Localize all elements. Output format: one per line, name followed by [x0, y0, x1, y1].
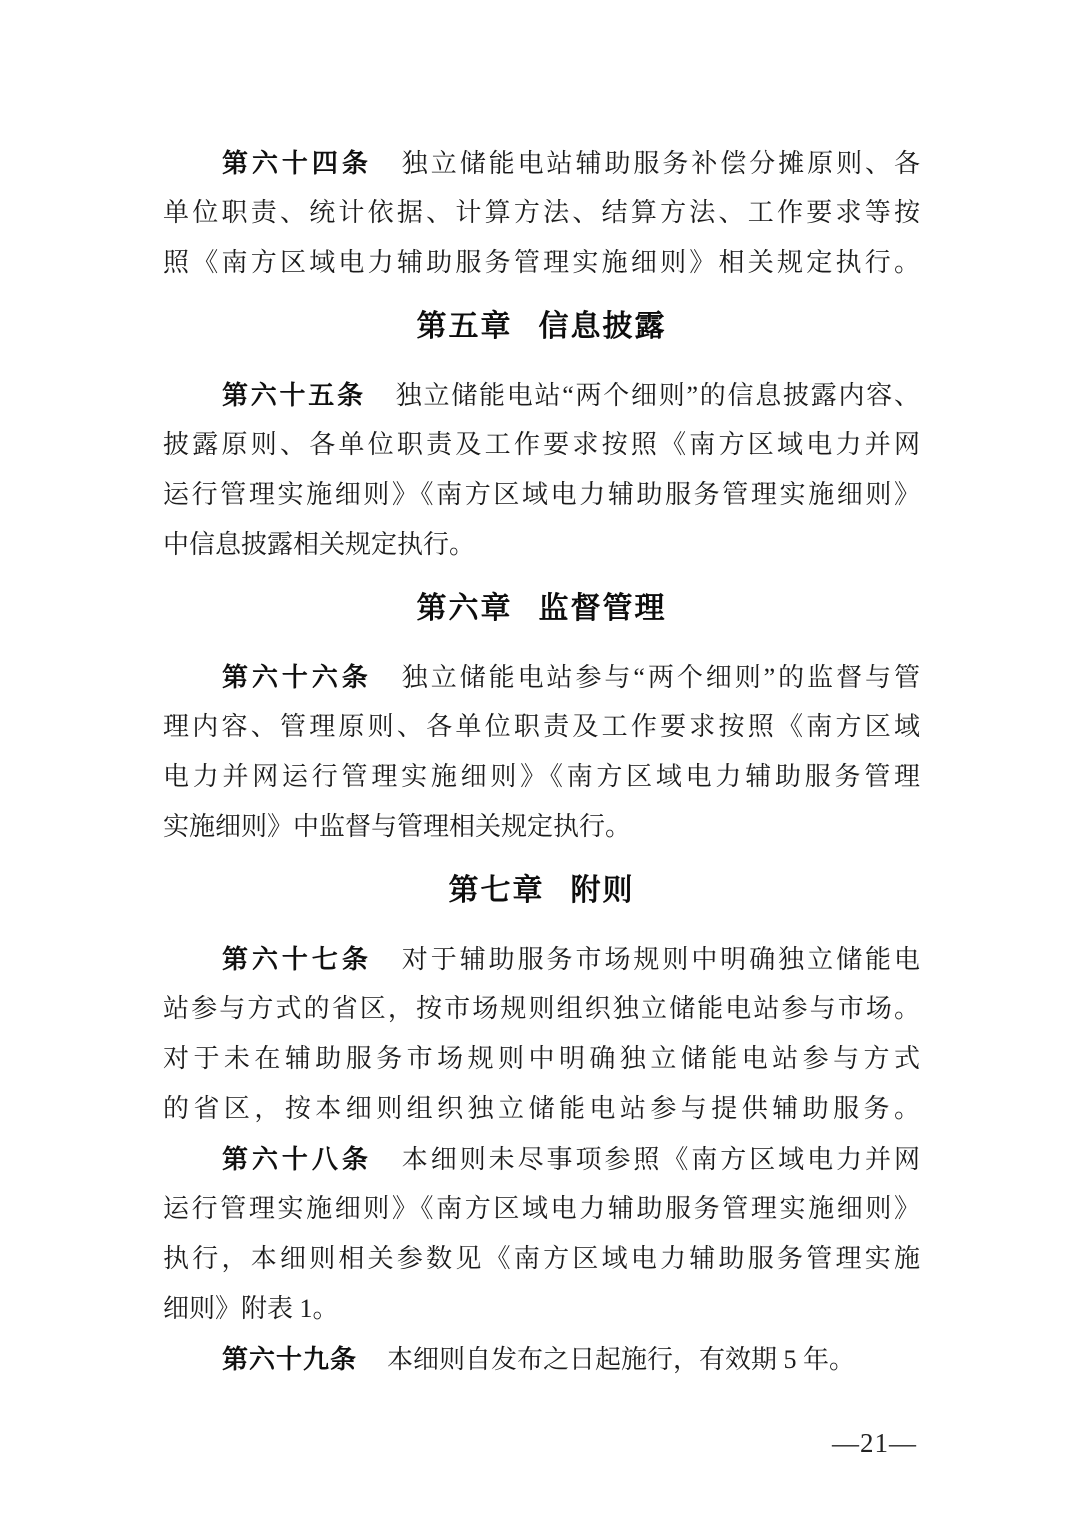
article-67-line-3: 对于未在辅助服务市场规则中明确独立储能电站参与方式 — [163, 1034, 920, 1084]
text-line: 第六十九条本细则自发布之日起施行，有效期 5 年。 — [163, 1334, 920, 1384]
article-64-paragraph: 第六十四条独立储能电站辅助服务补偿分摊原则、各 单位职责、统计依据、计算方法、结… — [163, 138, 920, 288]
article-66-number: 第六十六条 — [222, 662, 372, 692]
document-body: 第六十四条独立储能电站辅助服务补偿分摊原则、各 单位职责、统计依据、计算方法、结… — [163, 138, 920, 1384]
article-69-paragraph: 第六十九条本细则自发布之日起施行，有效期 5 年。 — [163, 1334, 920, 1384]
article-66-line-2: 理内容、管理原则、各单位职责及工作要求按照《南方区域 — [163, 702, 920, 752]
text-line: 第六十五条独立储能电站“两个细则”的信息披露内容、 — [163, 370, 920, 420]
article-67-paragraph: 第六十七条对于辅助服务市场规则中明确独立储能电 站参与方式的省区，按市场规则组织… — [163, 934, 920, 1134]
article-65-line-4: 中信息披露相关规定执行。 — [163, 520, 920, 570]
chapter-7-heading: 第七章附则 — [163, 866, 920, 916]
article-68-line-3: 执行，本细则相关参数见《南方区域电力辅助服务管理实施 — [163, 1234, 920, 1284]
article-67-line-4: 的省区，按本细则组织独立储能电站参与提供辅助服务。 — [163, 1084, 920, 1134]
text-line: 第六十七条对于辅助服务市场规则中明确独立储能电 — [163, 934, 920, 984]
article-65-paragraph: 第六十五条独立储能电站“两个细则”的信息披露内容、 披露原则、各单位职责及工作要… — [163, 370, 920, 570]
chapter-7-number: 第七章 — [449, 874, 545, 907]
chapter-5-title: 信息披露 — [539, 310, 667, 343]
chapter-6-number: 第六章 — [417, 592, 513, 625]
article-64-line-2: 单位职责、统计依据、计算方法、结算方法、工作要求等按 — [163, 188, 920, 238]
chapter-6-title: 监督管理 — [539, 592, 667, 625]
text-line: 第六十八条本细则未尽事项参照《南方区域电力并网 — [163, 1134, 920, 1184]
article-64-line-1: 独立储能电站辅助服务补偿分摊原则、各 — [402, 149, 920, 178]
text-line: 第六十六条独立储能电站参与“两个细则”的监督与管 — [163, 652, 920, 702]
article-68-line-2: 运行管理实施细则》《南方区域电力辅助服务管理实施细则》 — [163, 1184, 920, 1234]
chapter-7-title: 附则 — [571, 874, 635, 907]
article-66-line-1: 独立储能电站参与“两个细则”的监督与管 — [402, 663, 920, 692]
article-67-line-2: 站参与方式的省区，按市场规则组织独立储能电站参与市场。 — [163, 984, 920, 1034]
article-66-paragraph: 第六十六条独立储能电站参与“两个细则”的监督与管 理内容、管理原则、各单位职责及… — [163, 652, 920, 852]
article-69-line-1: 本细则自发布之日起施行，有效期 5 年。 — [387, 1345, 855, 1374]
chapter-5-number: 第五章 — [417, 310, 513, 343]
article-64-line-3: 照《南方区域电力辅助服务管理实施细则》相关规定执行。 — [163, 238, 920, 288]
article-64-number: 第六十四条 — [222, 148, 372, 178]
chapter-5-heading: 第五章信息披露 — [163, 302, 920, 352]
article-65-line-2: 披露原则、各单位职责及工作要求按照《南方区域电力并网 — [163, 420, 920, 470]
article-66-line-3: 电力并网运行管理实施细则》《南方区域电力辅助服务管理 — [163, 752, 920, 802]
article-69-number: 第六十九条 — [222, 1344, 357, 1374]
article-68-line-1: 本细则未尽事项参照《南方区域电力并网 — [402, 1145, 920, 1174]
chapter-6-heading: 第六章监督管理 — [163, 584, 920, 634]
text-line: 第六十四条独立储能电站辅助服务补偿分摊原则、各 — [163, 138, 920, 188]
article-67-number: 第六十七条 — [222, 944, 372, 974]
article-68-line-4: 细则》附表 1。 — [163, 1284, 920, 1334]
article-68-number: 第六十八条 — [222, 1144, 372, 1174]
document-page: 第六十四条独立储能电站辅助服务补偿分摊原则、各 单位职责、统计依据、计算方法、结… — [0, 0, 1080, 1526]
article-65-line-3: 运行管理实施细则》《南方区域电力辅助服务管理实施细则》 — [163, 470, 920, 520]
article-68-paragraph: 第六十八条本细则未尽事项参照《南方区域电力并网 运行管理实施细则》《南方区域电力… — [163, 1134, 920, 1334]
article-65-line-1: 独立储能电站“两个细则”的信息披露内容、 — [396, 381, 920, 410]
article-66-line-4: 实施细则》中监督与管理相关规定执行。 — [163, 802, 920, 852]
page-number: —21— — [832, 1418, 917, 1468]
article-67-line-1: 对于辅助服务市场规则中明确独立储能电 — [402, 945, 920, 974]
article-65-number: 第六十五条 — [222, 380, 366, 410]
